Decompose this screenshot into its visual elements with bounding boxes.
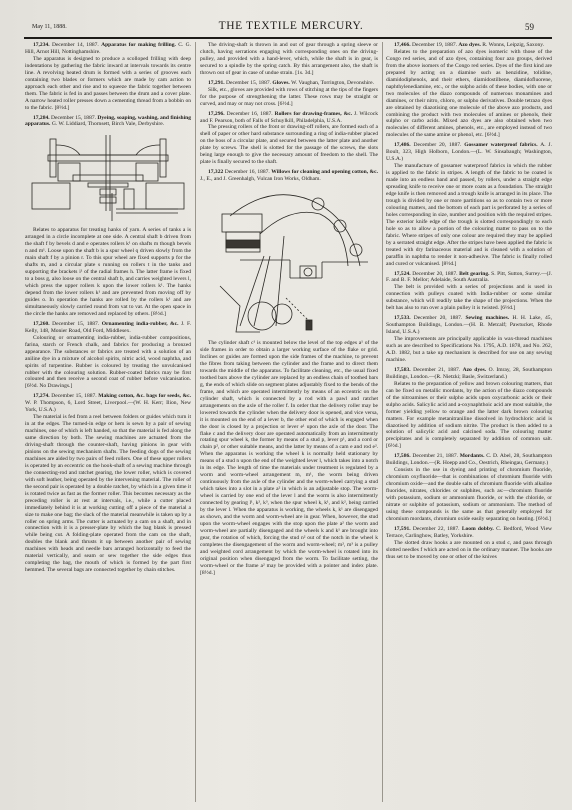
patent-subject: Belt gearing. [459, 271, 489, 277]
patent-entry: 17,586. December 21, 1887. Mordants. C. … [386, 453, 552, 523]
patent-number: 17,274. [33, 393, 50, 399]
patent-body: The pressing rollers of the front or dra… [200, 124, 378, 166]
patent-body: The apparatus is designed to produce a s… [25, 56, 191, 112]
patent-subject: Gloves. [272, 80, 289, 86]
patent-body: The material is fed from a reel between … [25, 414, 191, 574]
patent-number: 17,284. [33, 115, 50, 121]
continuation-body: The driving-shaft is thrown in and out o… [200, 42, 378, 77]
patent-date: December 20, 1887. [413, 142, 461, 148]
patent-entry: 17,533. December 20, 1887. Sewing machin… [386, 315, 552, 364]
column-divider [195, 42, 196, 802]
patent-body: The manufacture of gossamer waterproof f… [386, 163, 552, 267]
patent-date: December 22, 1887. [413, 526, 460, 532]
column-divider [382, 42, 383, 802]
patent-body: Colouring or ornamenting india-rubber, i… [25, 335, 191, 391]
patent-date: December 19, 1887. [412, 42, 457, 48]
patent-number: 17,296. [208, 111, 225, 117]
patent-entry: 17,486. December 20, 1887. Gossamer wate… [386, 142, 552, 267]
patent-body: Relates to the preparation of azo dyes i… [386, 49, 552, 139]
continued-text: The driving-shaft is thrown in and out o… [200, 42, 378, 77]
patent-body: Relates to the preparation of yellow and… [386, 381, 552, 451]
patent-date: December 21, 1887. [413, 367, 460, 373]
page-header: May 11, 1888. THE TEXTILE MERCURY. 59 [26, 18, 556, 36]
patent-body: The belt is provided with a series of pr… [386, 284, 552, 312]
patent-subject: Loom dobby. [462, 526, 494, 532]
patent-number: 17,533. [394, 315, 411, 321]
patent-applicant: G. W. Liddiard, Thornsett, Birch Vale, D… [52, 121, 164, 127]
patent-entry: 17,260. December 15, 1887. Ornamenting i… [25, 321, 191, 391]
yarn-hank-apparatus-figure [28, 131, 188, 223]
patent-entry: 17,583. December 21, 1887. Azo dyes. O. … [386, 367, 552, 450]
patent-date: December 20, 1887. [412, 271, 457, 277]
patent-applicant: J., E., and J. Greenhalgh, Vulcan Iron W… [200, 176, 321, 182]
patent-entry: 17,591. December 22, 1887. Loom dobby. C… [386, 526, 552, 561]
patent-entry: 17,274. December 15, 1887. Making cotton… [25, 393, 191, 574]
patent-subject: Azo dyes. [458, 42, 481, 48]
patent-subject: Apparatus for making frilling. [101, 42, 176, 48]
patent-subject: Ornamenting india-rubber, &c. [102, 321, 179, 327]
patent-body: The improvements are principally applica… [386, 336, 552, 364]
patent-date: December 15, 1887. [52, 321, 99, 327]
patent-number: 17,591. [394, 526, 411, 532]
patent-entry: 17,234. December 14, 1887. Apparatus for… [25, 42, 191, 112]
patent-date: December 20, 1887. [414, 315, 463, 321]
patent-applicant: R. Wonns, Leipzig, Saxony. [482, 42, 544, 48]
willow-machine-figure [200, 186, 378, 336]
patent-date: December 16, 1887. [227, 111, 273, 117]
patent-body: Consists in the use in dyeing and printi… [386, 467, 552, 523]
patent-subject: Sewing machines. [465, 315, 509, 321]
patent-date: December 16, 1887. [225, 169, 270, 175]
patent-date: December 15, 1887. [51, 393, 96, 399]
column-3: 17,466. December 19, 1887. Azo dyes. R. … [386, 42, 552, 810]
patent-applicant: W. Vaughan, Torrington, Devonshire. [291, 80, 374, 86]
patent-subject: Azo dyes. [463, 367, 487, 373]
patent-entry: 17,291. December 15, 1887. Gloves. W. Va… [200, 80, 378, 108]
newspaper-page: May 11, 1888. THE TEXTILE MERCURY. 59 17… [0, 0, 572, 810]
patent-subject: Mordants. [460, 453, 485, 459]
patent-entry: 17,322 December 16, 1887. Willows for cl… [200, 169, 378, 576]
patent-number: 17,583. [394, 367, 411, 373]
patent-date: December 21, 1887. [412, 453, 458, 459]
patent-body: The cylinder shaft c¹ is mounted below t… [200, 340, 378, 576]
patent-number: 17,322 [208, 169, 223, 175]
patent-body: The slotted draw hooks a are mounted on … [386, 540, 552, 561]
patent-number: 17,291. [208, 80, 225, 86]
publication-title: THE TEXTILE MERCURY. [26, 20, 556, 32]
patent-number: 17,234. [33, 42, 50, 48]
column-1: 17,234. December 14, 1887. Apparatus for… [25, 42, 191, 810]
patent-number: 17,466. [394, 42, 411, 48]
patent-date: December 15, 1887. [226, 80, 271, 86]
patent-subject: Rollers for drawing-frames, &c. [275, 111, 353, 117]
patent-applicant: W. P. Thompson, 6, Lord Street, Liverpoo… [25, 400, 191, 413]
patent-entry: 17,284. December 15, 1887. Dyeing, soapi… [25, 115, 191, 318]
patent-subject: Making cotton, &c. bags for seeds, &c. [98, 393, 191, 399]
column-2: The driving-shaft is thrown in and out o… [200, 42, 378, 810]
page-number: 59 [525, 22, 534, 32]
patent-body: Relates to apparatus for treating hanks … [25, 227, 191, 317]
patent-body: Silk, etc., gloves are provided with row… [200, 87, 378, 108]
patent-entry: 17,524. December 20, 1887. Belt gearing.… [386, 271, 552, 313]
header-rule [24, 37, 552, 39]
patent-subject: Willows for cleaning and opening cotton,… [271, 169, 378, 175]
patent-date: December 15, 1887. [51, 115, 96, 121]
patent-entry: 17,296. December 16, 1887. Rollers for d… [200, 111, 378, 167]
patent-number: 17,486. [394, 142, 411, 148]
patent-number: 17,260. [33, 321, 50, 327]
patent-number: 17,586. [394, 453, 411, 459]
patent-subject: Gossamer waterproof fabrics. [464, 142, 537, 148]
patent-date: December 14, 1887. [52, 42, 99, 48]
patent-number: 17,524. [394, 271, 411, 277]
patent-entry: 17,466. December 19, 1887. Azo dyes. R. … [386, 42, 552, 139]
